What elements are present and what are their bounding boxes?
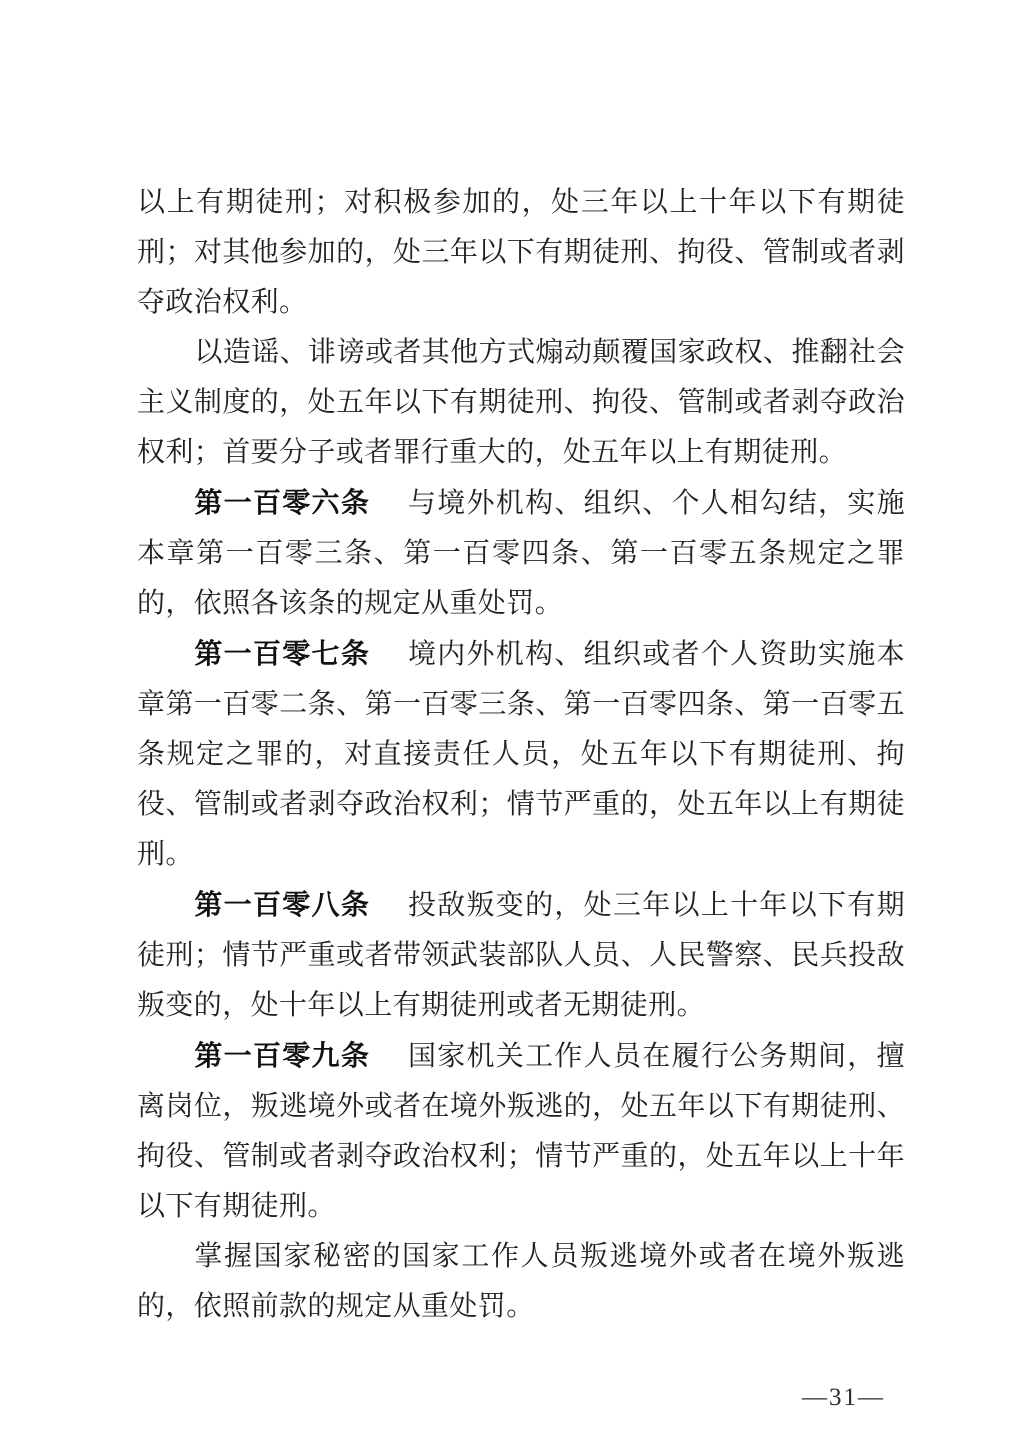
article-number: 第一百零八条: [194, 889, 370, 920]
paragraph-state-secrets-clause: 掌握国家秘密的国家工作人员叛逃境外或者在境外叛逃的，依照前款的规定从重处罚。: [137, 1232, 905, 1332]
paragraph-article-106: 第一百零六条与境外机构、组织、个人相勾结，实施本章第一百零三条、第一百零四条、第…: [137, 478, 905, 629]
paragraph-article-109: 第一百零九条国家机关工作人员在履行公务期间，擅离岗位，叛逃境外或者在境外叛逃的，…: [137, 1031, 905, 1232]
paragraph-incitement-clause: 以造谣、诽谤或者其他方式煽动颠覆国家政权、推翻社会主义制度的，处五年以下有期徒刑…: [137, 328, 905, 478]
paragraph-text: 掌握国家秘密的国家工作人员叛逃境外或者在境外叛逃的，依照前款的规定从重处罚。: [137, 1241, 905, 1322]
paragraph-continuation: 以上有期徒刑；对积极参加的，处三年以上十年以下有期徒刑；对其他参加的，处三年以下…: [137, 178, 905, 328]
paragraph-text: 以造谣、诽谤或者其他方式煽动颠覆国家政权、推翻社会主义制度的，处五年以下有期徒刑…: [137, 337, 905, 468]
paragraph-text: 以上有期徒刑；对积极参加的，处三年以上十年以下有期徒刑；对其他参加的，处三年以下…: [137, 187, 905, 318]
paragraph-text: 境内外机构、组织或者个人资助实施本章第一百零二条、第一百零三条、第一百零四条、第…: [137, 639, 905, 870]
article-number: 第一百零九条: [194, 1040, 370, 1071]
article-number: 第一百零七条: [194, 638, 370, 669]
paragraph-article-107: 第一百零七条境内外机构、组织或者个人资助实施本章第一百零二条、第一百零三条、第一…: [137, 629, 905, 880]
paragraph-article-108: 第一百零八条投敌叛变的，处三年以上十年以下有期徒刑；情节严重或者带领武装部队人员…: [137, 880, 905, 1031]
page-number: —31—: [802, 1384, 885, 1412]
document-page: 以上有期徒刑；对积极参加的，处三年以上十年以下有期徒刑；对其他参加的，处三年以下…: [0, 0, 1024, 1448]
page-body: 以上有期徒刑；对积极参加的，处三年以上十年以下有期徒刑；对其他参加的，处三年以下…: [137, 178, 905, 1332]
article-number: 第一百零六条: [194, 487, 370, 518]
